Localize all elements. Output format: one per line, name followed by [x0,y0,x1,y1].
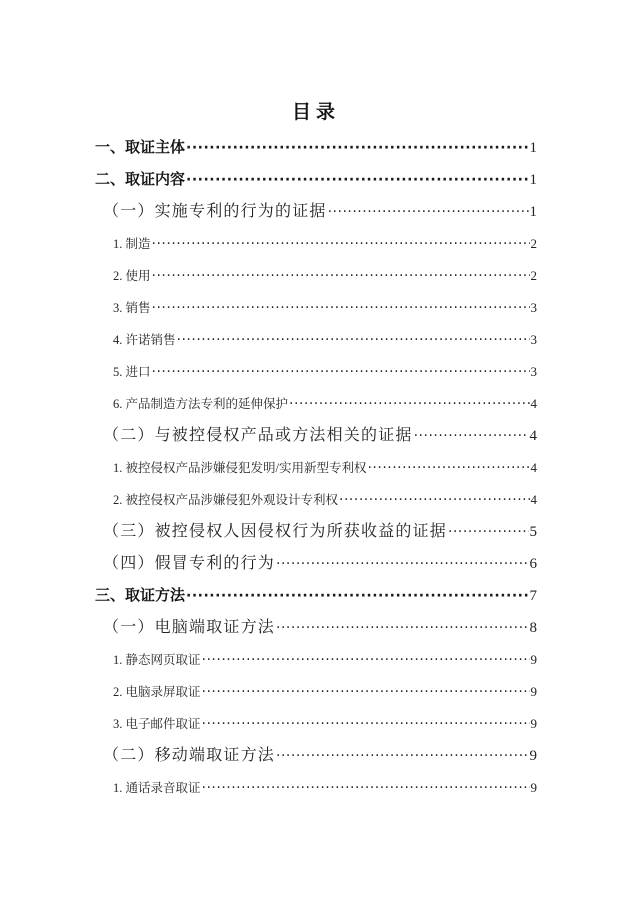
toc-entry[interactable]: （四）假冒专利的行为 ·····························… [0,548,636,580]
toc-page-number: 9 [531,676,538,708]
toc-entry-label[interactable]: 1. 通话录音取证 [113,772,201,804]
toc-entry[interactable]: 3. 电子邮件取证 ······························… [0,708,636,740]
dot-leader: ········································… [339,484,529,516]
toc-entry[interactable]: 2. 被控侵权产品涉嫌侵犯外观设计专利权 ···················… [0,484,636,516]
toc-entry[interactable]: （二）移动端取证方法 ·····························… [0,740,636,772]
toc-entry[interactable]: 一、取证主体 ·································… [0,132,636,164]
toc-entry-label[interactable]: 1. 制造 [113,228,151,260]
toc-entry[interactable]: （一）实施专利的行为的证据 ··························… [0,196,636,228]
toc-entry-label[interactable]: 2. 电脑录屏取证 [113,676,201,708]
toc-page-number: 2 [531,228,538,260]
toc-entry[interactable]: 1. 通话录音取证 ······························… [0,772,636,804]
toc-entry-label[interactable]: 三、取证方法 [95,580,185,612]
toc-page-number: 6 [530,548,538,580]
dot-leader: ········································… [328,196,529,228]
toc-entry[interactable]: 6. 产品制造方法专利的延伸保护 ·······················… [0,388,636,420]
toc-entry[interactable]: 1. 被控侵权产品涉嫌侵犯发明/实用新型专利权 ················… [0,452,636,484]
toc-page-number: 7 [530,580,538,612]
dot-leader: ········································… [202,772,530,804]
toc-entry[interactable]: 5. 进口 ··································… [0,356,636,388]
toc-page-number: 9 [531,772,538,804]
toc-entry-label[interactable]: 4. 许诺销售 [113,324,176,356]
dot-leader: ········································… [414,420,529,452]
toc-entry-label[interactable]: （四）假冒专利的行为 [103,548,275,580]
toc-entry[interactable]: （一）电脑端取证方法 ·····························… [0,612,636,644]
dot-leader: ········································… [289,388,529,420]
toc-page-number: 1 [530,132,538,164]
dot-leader: ········································… [186,132,528,164]
toc-entry[interactable]: 二、取证内容 ·································… [0,164,636,196]
dot-leader: ········································… [276,548,528,580]
toc-entry-label[interactable]: （一）实施专利的行为的证据 [103,196,327,228]
toc-entry-label[interactable]: 2. 被控侵权产品涉嫌侵犯外观设计专利权 [113,484,338,516]
toc-entry-label[interactable]: （三）被控侵权人因侵权行为所获收益的证据 [103,516,447,548]
toc-entry-label[interactable]: 1. 被控侵权产品涉嫌侵犯发明/实用新型专利权 [113,452,366,484]
toc-page-number: 4 [531,452,538,484]
toc-entry-label[interactable]: 5. 进口 [113,356,151,388]
toc-page-number: 1 [530,196,538,228]
toc-entry-label[interactable]: （二）与被控侵权产品或方法相关的证据 [103,420,413,452]
toc-page-number: 3 [531,324,538,356]
toc-entry-label[interactable]: 2. 使用 [113,260,151,292]
toc-entry-label[interactable]: 一、取证主体 [95,132,185,164]
toc-page-number: 1 [530,164,538,196]
toc-page-number: 4 [530,420,538,452]
toc-entry[interactable]: （三）被控侵权人因侵权行为所获收益的证据 ···················… [0,516,636,548]
toc-entry[interactable]: 1. 制造 ··································… [0,228,636,260]
dot-leader: ········································… [152,292,530,324]
dot-leader: ········································… [202,644,530,676]
toc-page-number: 2 [531,260,538,292]
dot-leader: ········································… [202,676,530,708]
toc-entry-label[interactable]: 3. 销售 [113,292,151,324]
toc-entry-label[interactable]: （二）移动端取证方法 [103,740,275,772]
toc-page-number: 4 [531,388,538,420]
dot-leader: ········································… [367,452,529,484]
toc-page-number: 4 [531,484,538,516]
dot-leader: ········································… [152,228,530,260]
dot-leader: ········································… [202,708,530,740]
toc-page-number: 5 [530,516,538,548]
toc-page-number: 9 [531,708,538,740]
toc-entry[interactable]: 三、取证方法 ·································… [0,580,636,612]
toc-entry[interactable]: （二）与被控侵权产品或方法相关的证据 ·····················… [0,420,636,452]
toc-entry[interactable]: 2. 使用 ··································… [0,260,636,292]
toc-entry-label[interactable]: 3. 电子邮件取证 [113,708,201,740]
dot-leader: ········································… [186,164,528,196]
dot-leader: ········································… [152,356,530,388]
toc-entry[interactable]: 1. 静态网页取证 ······························… [0,644,636,676]
dot-leader: ········································… [152,260,530,292]
toc-entry-label[interactable]: 二、取证内容 [95,164,185,196]
toc-entry-label[interactable]: （一）电脑端取证方法 [103,612,275,644]
dot-leader: ········································… [276,740,528,772]
toc-list: 一、取证主体 ·································… [0,132,636,804]
toc-page-number: 8 [530,612,538,644]
dot-leader: ········································… [186,580,528,612]
toc-entry-label[interactable]: 6. 产品制造方法专利的延伸保护 [113,388,288,420]
dot-leader: ········································… [276,612,528,644]
page-title: 目录 [95,97,537,124]
toc-entry-label[interactable]: 1. 静态网页取证 [113,644,201,676]
dot-leader: ········································… [177,324,530,356]
toc-page-number: 9 [531,644,538,676]
toc-entry[interactable]: 2. 电脑录屏取证 ······························… [0,676,636,708]
dot-leader: ········································… [448,516,528,548]
toc-page-number: 3 [531,292,538,324]
toc-page-number: 9 [530,740,538,772]
toc-entry[interactable]: 4. 许诺销售 ································… [0,324,636,356]
toc-page-number: 3 [531,356,538,388]
document-page: 目录 一、取证主体 ······························… [0,0,636,900]
toc-entry[interactable]: 3. 销售 ··································… [0,292,636,324]
